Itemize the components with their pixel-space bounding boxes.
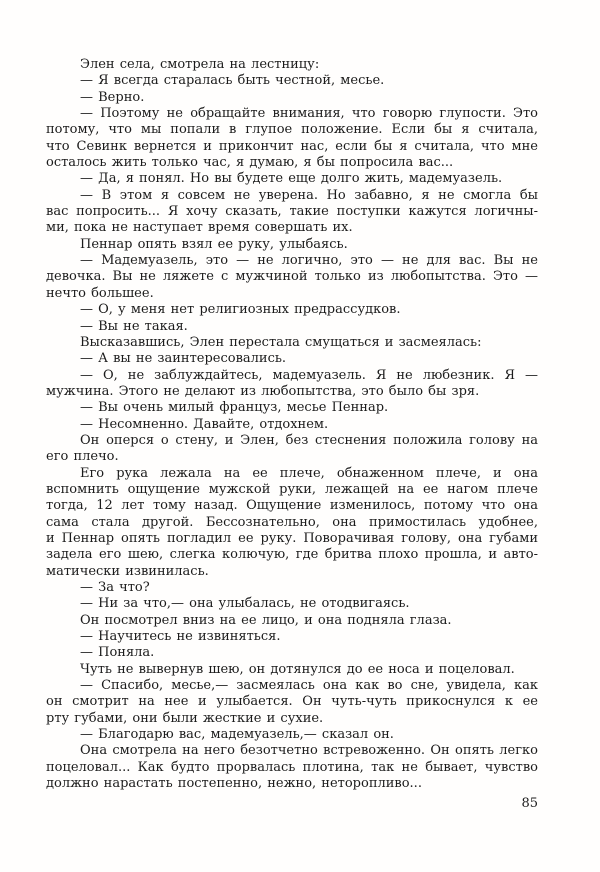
text-line: поцеловал... Как будто прорвалась плотин… xyxy=(46,760,538,776)
text-line: Элен села, смотрела на лестницу: xyxy=(46,57,538,73)
text-line: Он посмотрел вниз на ее лицо, и она подн… xyxy=(46,613,538,629)
text-line: — О, у меня нет религиозных предрассудко… xyxy=(46,302,538,318)
text-line: и Пеннар опять погладил ее руку. Поворач… xyxy=(46,531,538,547)
text-line: Пеннар опять взял ее руку, улыбаясь. xyxy=(46,237,538,253)
text-line: Чуть не вывернув шею, он дотянулся до ее… xyxy=(46,662,538,678)
text-line: — Несомненно. Давайте, отдохнем. xyxy=(46,417,538,433)
text-line: он смотрит на нее и улыбается. Он чуть-ч… xyxy=(46,694,538,710)
text-line: — Мадемуазель, это — не логично, это — н… xyxy=(46,253,538,269)
book-page: Элен села, смотрела на лестницу:— Я всег… xyxy=(0,0,600,872)
text-line: — Я всегда старалась быть честной, месье… xyxy=(46,73,538,89)
text-line: Она смотрела на него безотчетно встревож… xyxy=(46,743,538,759)
text-block: Элен села, смотрела на лестницу:— Я всег… xyxy=(46,57,538,792)
text-line: матически извинилась. xyxy=(46,564,538,580)
text-line: — Спасибо, месье,— засмеялась она как во… xyxy=(46,678,538,694)
text-line: Он оперся о стену, и Элен, без стеснения… xyxy=(46,433,538,449)
text-line: нечто большее. xyxy=(46,286,538,302)
text-line: вспомнить ощущение мужской руки, лежащей… xyxy=(46,482,538,498)
text-line: — Благодарю вас, мадемуазель,— сказал он… xyxy=(46,727,538,743)
page-number: 85 xyxy=(46,796,538,811)
text-line: — Верно. xyxy=(46,90,538,106)
text-line: — В этом я совсем не уверена. Но забавно… xyxy=(46,188,538,204)
text-line: — Да, я понял. Но вы будете еще долго жи… xyxy=(46,171,538,187)
text-line: — Поэтому не обращайте внимания, что гов… xyxy=(46,106,538,122)
text-line: — Поняла. xyxy=(46,645,538,661)
text-line: должно нарастать постепенно, нежно, нето… xyxy=(46,776,538,792)
text-line: осталось жить только час, я думаю, я бы … xyxy=(46,155,538,171)
text-line: Высказавшись, Элен перестала смущаться и… xyxy=(46,335,538,351)
text-line: — А вы не заинтересовались. xyxy=(46,351,538,367)
text-line: ми, пока не наступает время совершать их… xyxy=(46,220,538,236)
text-line: потому, что мы попали в глупое положение… xyxy=(46,122,538,138)
text-line: — Ни за что,— она улыбалась, не отодвига… xyxy=(46,596,538,612)
text-line: — Научитесь не извиняться. xyxy=(46,629,538,645)
text-line: сама стала другой. Бессознательно, она п… xyxy=(46,515,538,531)
text-line: рту губами, они были жесткие и сухие. xyxy=(46,711,538,727)
text-line: задела его шею, слегка колючую, где брит… xyxy=(46,547,538,563)
text-line: — О, не заблуждайтесь, мадемуазель. Я не… xyxy=(46,368,538,384)
text-line: — Вы не такая. xyxy=(46,319,538,335)
text-line: что Севинк вернется и прикончит нас, есл… xyxy=(46,139,538,155)
text-line: — За что? xyxy=(46,580,538,596)
text-line: вас попросить... Я хочу сказать, такие п… xyxy=(46,204,538,220)
text-line: мужчина. Этого не делают из любопытства,… xyxy=(46,384,538,400)
text-line: его плечо. xyxy=(46,449,538,465)
text-line: — Вы очень милый француз, месье Пеннар. xyxy=(46,400,538,416)
text-line: девочка. Вы не ляжете с мужчиной только … xyxy=(46,269,538,285)
text-line: Его рука лежала на ее плече, обнаженном … xyxy=(46,466,538,482)
text-line: тогда, 12 лет тому назад. Ощущение измен… xyxy=(46,498,538,514)
